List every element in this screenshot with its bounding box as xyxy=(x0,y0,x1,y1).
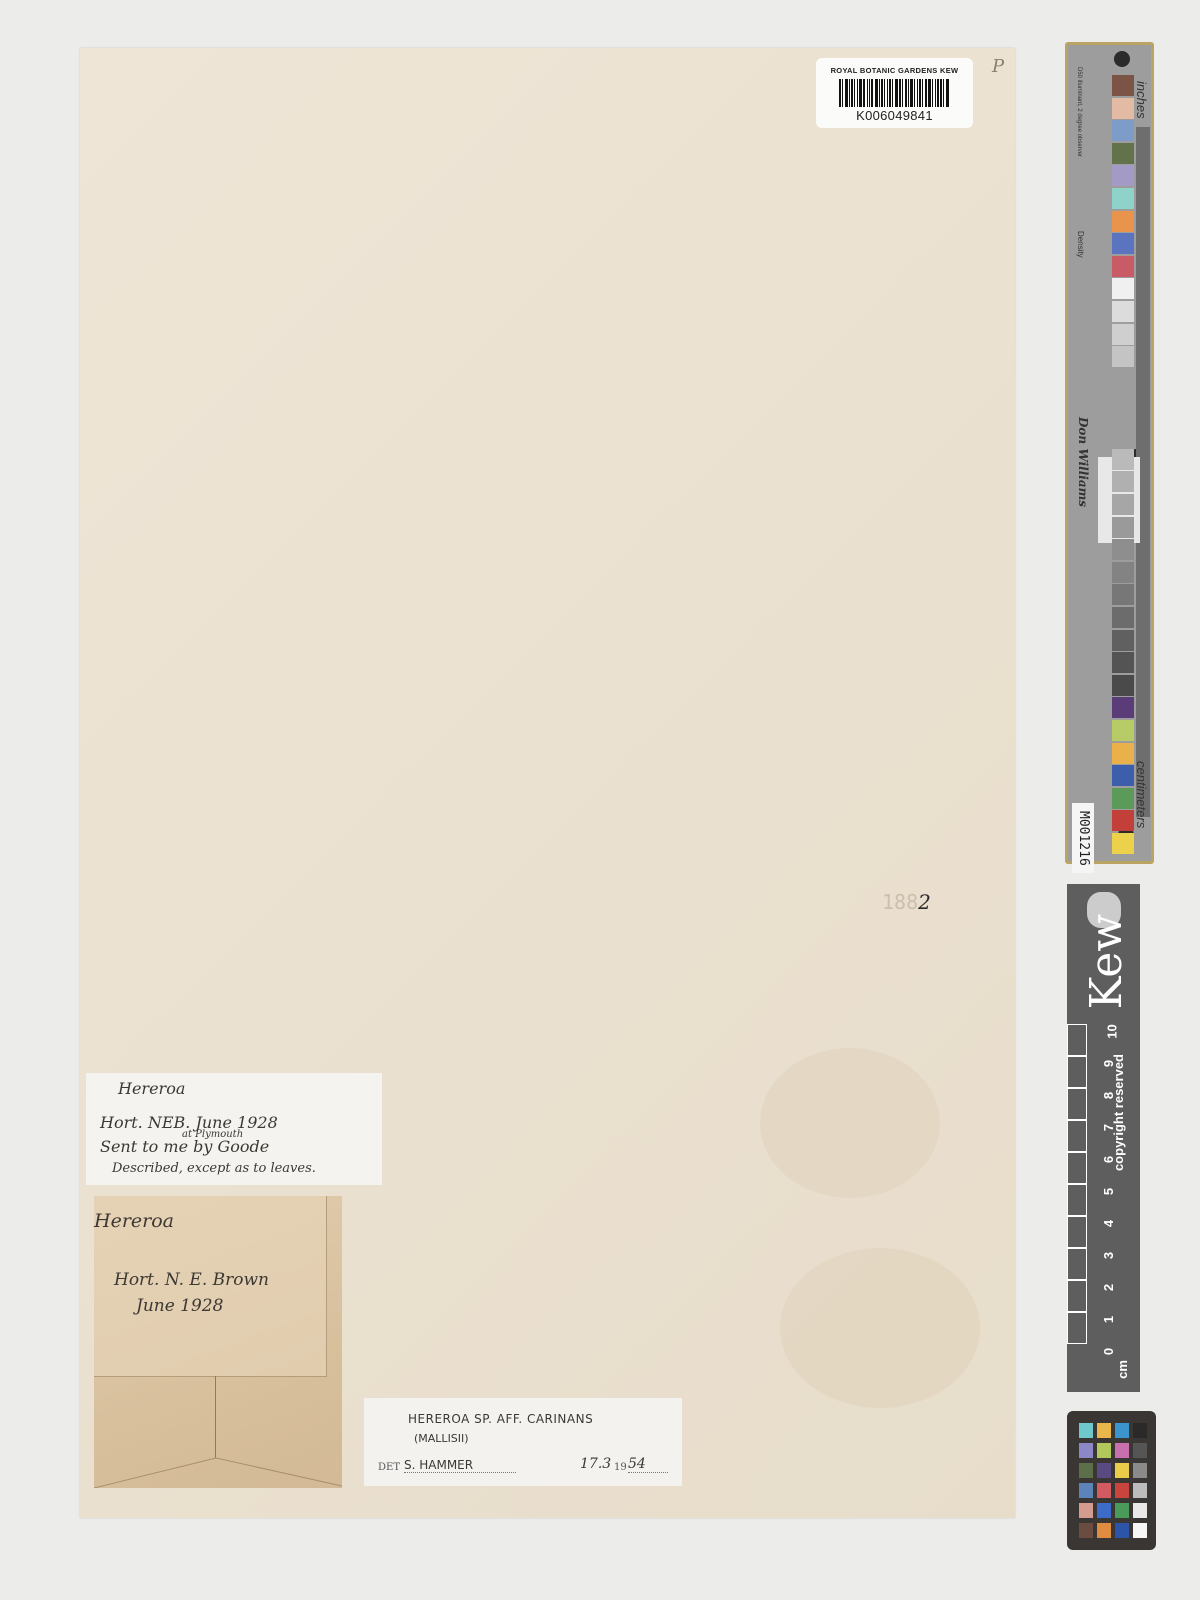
kew-tick-label: 1 xyxy=(1101,1316,1116,1323)
color-swatch xyxy=(1112,652,1134,673)
barcode-bar xyxy=(867,79,868,107)
barcode-bar xyxy=(928,79,931,107)
barcode-bar xyxy=(943,79,944,107)
barcode-bar xyxy=(845,79,848,107)
determination-slip: HEREROA SP. AFF. CARINANS (MALLISII) DET… xyxy=(364,1398,682,1486)
label-genus: Hereroa xyxy=(118,1079,185,1098)
color-swatch xyxy=(1112,494,1134,515)
barcode-bar xyxy=(875,79,878,107)
color-swatch xyxy=(1112,630,1134,651)
barcode-bar xyxy=(871,79,873,107)
barcode-bar xyxy=(881,79,883,107)
packet-line2: June 1928 xyxy=(136,1296,223,1316)
kew-tick-label: 4 xyxy=(1101,1220,1116,1227)
checker-patch xyxy=(1133,1503,1147,1518)
checker-patch xyxy=(1133,1483,1147,1498)
barcode-bar xyxy=(919,79,921,107)
color-swatch xyxy=(1112,75,1134,96)
color-swatch xyxy=(1112,539,1134,560)
checker-patch xyxy=(1097,1423,1111,1438)
det-line1: HEREROA SP. AFF. CARINANS xyxy=(408,1412,593,1426)
barcode-bar xyxy=(899,79,901,107)
checker-patch xyxy=(1079,1423,1093,1438)
kew-tick-label: 2 xyxy=(1101,1284,1116,1291)
barcode-bar xyxy=(859,79,862,107)
barcode-bar xyxy=(940,79,942,107)
checker-patch xyxy=(1097,1463,1111,1478)
color-swatch xyxy=(1112,788,1134,809)
color-swatch xyxy=(1112,675,1134,696)
ruler-brand: Don Williams xyxy=(1076,417,1090,507)
det-prefix: DET xyxy=(378,1462,400,1473)
kew-wordmark: Kew xyxy=(1081,914,1132,1009)
stain xyxy=(760,1048,940,1198)
packet-line1: Hort. N. E. Brown xyxy=(114,1270,269,1290)
label-line3: Described, except as to leaves. xyxy=(112,1161,316,1176)
color-swatch xyxy=(1112,720,1134,741)
checker-patch xyxy=(1133,1423,1147,1438)
det-year-prefix: 19 xyxy=(614,1462,627,1473)
stamp-handwritten: 2 xyxy=(918,890,931,914)
barcode-bar xyxy=(854,79,855,107)
color-swatch xyxy=(1112,697,1134,718)
checker-patch xyxy=(1097,1523,1111,1538)
color-swatch xyxy=(1112,143,1134,164)
checker-patch xyxy=(1079,1443,1093,1458)
kew-cm-block xyxy=(1067,1216,1087,1248)
checker-patch xyxy=(1133,1523,1147,1538)
kew-cm-block xyxy=(1067,1152,1087,1184)
kew-tick-label: 10 xyxy=(1105,1024,1120,1038)
barcode-bar xyxy=(935,79,936,107)
kew-cm-block xyxy=(1067,1280,1087,1312)
ruler-density-label: Density xyxy=(1076,231,1085,258)
barcode-bar xyxy=(917,79,918,107)
color-swatch xyxy=(1112,165,1134,186)
barcode-bar xyxy=(869,79,870,107)
kew-cm-block xyxy=(1067,1312,1087,1344)
color-swatch xyxy=(1112,256,1134,277)
ruler-inches-label: inches xyxy=(1134,81,1149,119)
checker-patch xyxy=(1133,1443,1147,1458)
kew-cm-block xyxy=(1067,1120,1087,1152)
checker-patch xyxy=(1097,1503,1111,1518)
seed-packet: Hereroa Hort. N. E. Brown June 1928 xyxy=(94,1196,342,1488)
packet-fold-lines xyxy=(94,1196,342,1488)
barcode-bar xyxy=(925,79,927,107)
barcode-bar xyxy=(884,79,885,107)
handwritten-label: Hereroa Hort. NEB. June 1928 at Plymouth… xyxy=(86,1073,382,1185)
kew-tick-label: 6 xyxy=(1101,1156,1116,1163)
color-swatch xyxy=(1112,471,1134,492)
checker-patch xyxy=(1115,1463,1129,1478)
checker-patch xyxy=(1115,1503,1129,1518)
checker-patch xyxy=(1133,1463,1147,1478)
ruler-id: M001216 xyxy=(1072,803,1094,873)
institution-name: ROYAL BOTANIC GARDENS KEW xyxy=(816,66,973,75)
barcode-bar xyxy=(857,79,858,107)
ruler-side-text: D50 illuminant, 2 degree observer xyxy=(1076,67,1082,157)
color-swatch xyxy=(1112,188,1134,209)
color-swatch xyxy=(1112,517,1134,538)
kew-tick-label: 7 xyxy=(1101,1124,1116,1131)
packet-genus: Hereroa xyxy=(94,1210,174,1232)
checker-patch xyxy=(1115,1483,1129,1498)
color-swatch xyxy=(1112,765,1134,786)
barcode-bar xyxy=(842,79,843,107)
kew-tick-label: 5 xyxy=(1101,1188,1116,1195)
color-swatch xyxy=(1112,584,1134,605)
kew-tick-label: 0 xyxy=(1101,1348,1116,1355)
checker-patch xyxy=(1079,1483,1093,1498)
barcode-bar xyxy=(887,79,888,107)
stamp-printed: 188 xyxy=(882,890,918,914)
barcode-bar xyxy=(863,79,865,107)
kew-tick-label: 3 xyxy=(1101,1252,1116,1259)
barcode-number: K006049841 xyxy=(816,108,973,123)
color-swatch xyxy=(1112,120,1134,141)
barcode-bar xyxy=(922,79,923,107)
det-line2: (MALLISII) xyxy=(414,1432,469,1445)
barcode-bar xyxy=(895,79,898,107)
kew-cm-block xyxy=(1067,1024,1087,1056)
accession-stamp: 1882 xyxy=(882,890,931,914)
det-determiner: S. HAMMER xyxy=(404,1458,516,1473)
ruler-cm-label: centimeters xyxy=(1134,761,1149,828)
barcode-bar xyxy=(879,79,880,107)
label-line2: Sent to me by Goode xyxy=(100,1137,269,1156)
barcode-bar xyxy=(914,79,915,107)
barcode-label: ROYAL BOTANIC GARDENS KEW K006049841 xyxy=(816,58,973,128)
barcode-bar xyxy=(902,79,903,107)
kew-copyright: copyright reserved xyxy=(1111,1054,1126,1171)
barcode-bar xyxy=(851,79,853,107)
kew-scale-bar: Kew copyright reserved 012345678910 cm xyxy=(1067,884,1140,1392)
color-density-ruler: inches centimeters D50 illuminant, 2 deg… xyxy=(1065,42,1154,864)
corner-mark: P xyxy=(992,56,1004,77)
stain xyxy=(780,1248,980,1408)
checker-patch xyxy=(1115,1523,1129,1538)
kew-cm-block xyxy=(1067,1088,1087,1120)
kew-cm-block xyxy=(1067,1056,1087,1088)
checker-patch xyxy=(1115,1443,1129,1458)
checker-patch xyxy=(1097,1443,1111,1458)
kew-cm-block xyxy=(1067,1184,1087,1216)
barcode-icon xyxy=(816,79,973,107)
barcode-bar xyxy=(910,79,913,107)
checker-patch xyxy=(1079,1523,1093,1538)
barcode-bar xyxy=(905,79,907,107)
color-swatch xyxy=(1112,324,1134,345)
color-swatch xyxy=(1112,833,1134,854)
kew-tick-label: 8 xyxy=(1101,1092,1116,1099)
ruler-hole xyxy=(1114,51,1130,67)
checker-patch xyxy=(1115,1423,1129,1438)
barcode-bar xyxy=(908,79,909,107)
barcode-bar xyxy=(839,79,841,107)
kew-cm-block xyxy=(1067,1248,1087,1280)
color-swatch xyxy=(1112,301,1134,322)
barcode-bar xyxy=(889,79,891,107)
checker-patch xyxy=(1097,1483,1111,1498)
barcode-bar xyxy=(892,79,893,107)
color-swatch xyxy=(1112,607,1134,628)
checker-patch xyxy=(1079,1503,1093,1518)
checker-patch xyxy=(1079,1463,1093,1478)
barcode-bar xyxy=(932,79,933,107)
kew-tick-label: 9 xyxy=(1101,1060,1116,1067)
color-swatch xyxy=(1112,346,1134,367)
color-swatch xyxy=(1112,743,1134,764)
color-swatch xyxy=(1112,562,1134,583)
color-swatch xyxy=(1112,233,1134,254)
barcode-bar xyxy=(849,79,850,107)
color-swatch xyxy=(1112,810,1134,831)
color-swatch xyxy=(1112,449,1134,470)
color-swatch xyxy=(1112,211,1134,232)
color-swatch xyxy=(1112,278,1134,299)
det-date: 17.3 xyxy=(580,1456,611,1472)
kew-unit: cm xyxy=(1115,1360,1130,1379)
color-checker xyxy=(1067,1411,1156,1550)
det-year: 54 xyxy=(628,1456,668,1473)
barcode-bar xyxy=(946,79,949,107)
barcode-bar xyxy=(937,79,939,107)
color-swatch xyxy=(1112,98,1134,119)
